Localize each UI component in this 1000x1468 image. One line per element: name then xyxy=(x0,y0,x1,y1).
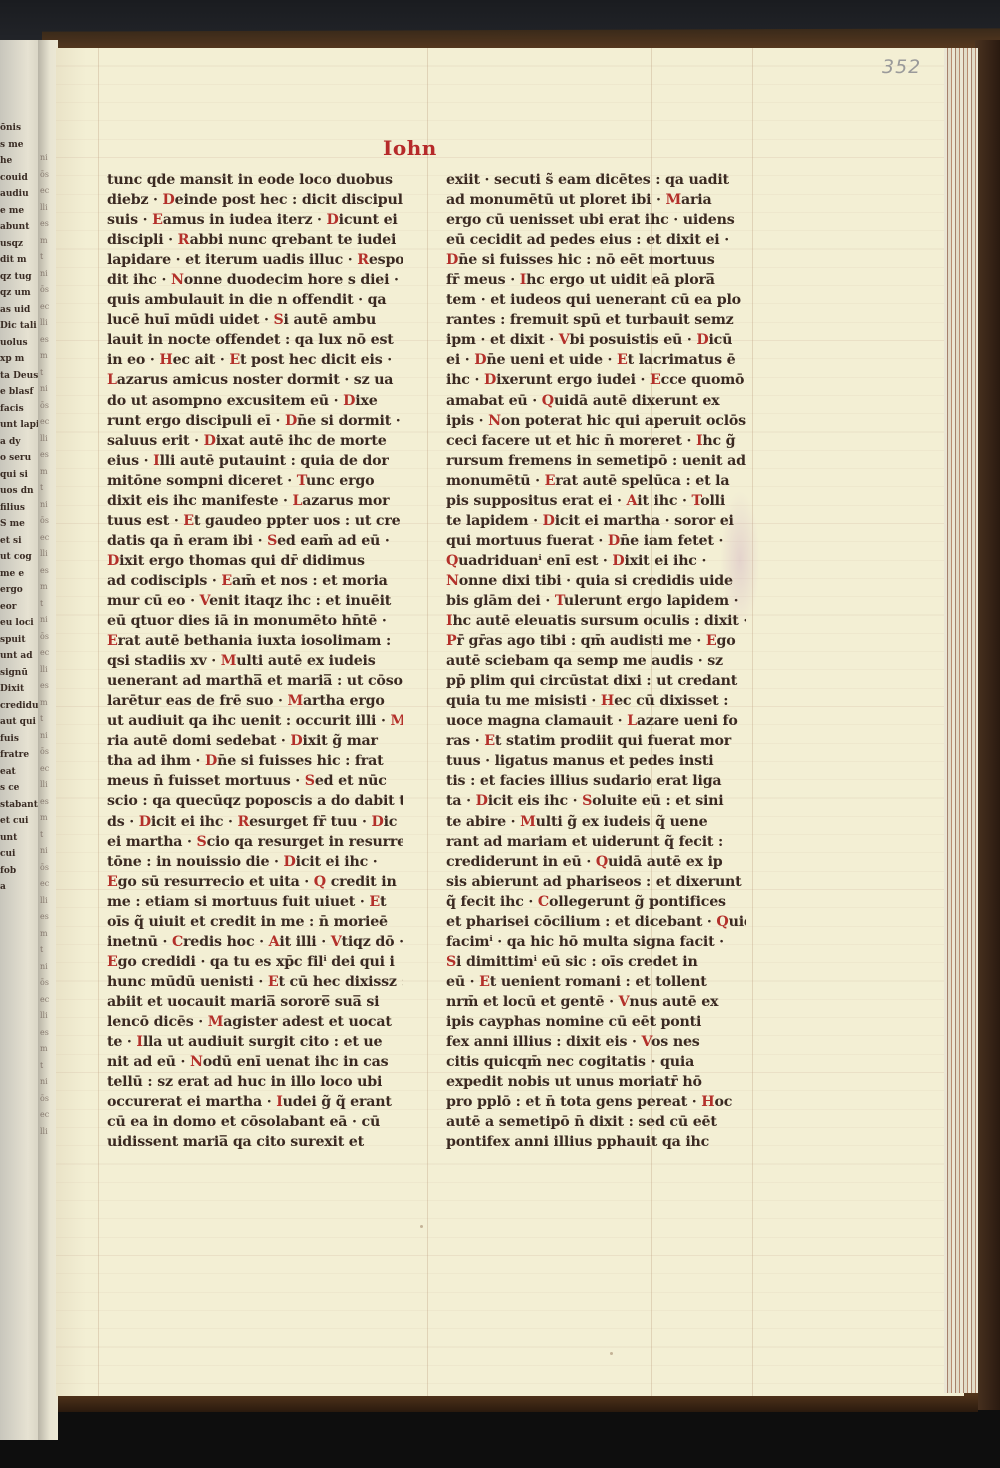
text-line: s me xyxy=(0,137,40,154)
rubricated-initial: M xyxy=(666,192,682,208)
text-column-left: tunc qde mansit in eode loco duobusdiebz… xyxy=(107,170,403,1152)
rubricated-initial: V xyxy=(619,994,630,1010)
gutter-mark: lli xyxy=(40,200,54,217)
rubricated-initial: I xyxy=(276,1094,282,1110)
text-line: ei martha · Scio qa resurget in resurrec xyxy=(107,832,403,852)
text-line: autē a semetipō n̄ dixit : sed cū eēt xyxy=(446,1112,746,1132)
text-line: Quadriduanⁱ enī est · Dixit ei ihc · xyxy=(446,551,746,571)
rubricated-initial: M xyxy=(390,713,403,729)
gutter-mark: es xyxy=(40,909,54,926)
rubricated-initial: L xyxy=(107,372,117,388)
text-line: Dic tali xyxy=(0,318,40,335)
text-line: eat xyxy=(0,764,40,781)
text-line: q̃ fecit ihc · Collegerunt g̃ pontifices xyxy=(446,892,746,912)
binding-cover-right-edge xyxy=(975,40,1000,1410)
text-line: rant ad mariam et uiderunt q̃ fecit : xyxy=(446,832,746,852)
gutter-mark: ec xyxy=(40,761,54,778)
text-line: Si dimittimⁱ eū sic : oīs credet in xyxy=(446,952,746,972)
text-line: fex anni illius : dixit eis · Vos nes xyxy=(446,1032,746,1052)
rubricated-initial: S xyxy=(305,773,315,789)
rubricated-initial: M xyxy=(208,1014,224,1030)
text-line: tuus · ligatus manus et pedes insti xyxy=(446,751,746,771)
rubricated-initial: Q xyxy=(314,874,326,890)
text-line: diebz · Deinde post hec : dicit discipul xyxy=(107,190,403,210)
text-line: uoce magna clamauit · Lazare ueni fo xyxy=(446,711,746,731)
rubricated-initial: E xyxy=(650,372,661,388)
text-line: mitōne sompni diceret · Tunc ergo xyxy=(107,471,403,491)
text-line: Nonne dixi tibi · quia si credidis uide xyxy=(446,571,746,591)
text-line: hunc mūdū uenisti · Et cū hec dixissz : xyxy=(107,972,403,992)
gutter-mark: m xyxy=(40,579,54,596)
text-line: xp m xyxy=(0,351,40,368)
text-line: as uid xyxy=(0,302,40,319)
gutter-mark: ōs xyxy=(40,167,54,184)
text-line: bis glām dei · Tulerunt ergo lapidem · xyxy=(446,591,746,611)
gutter-mark: lli xyxy=(40,1124,54,1141)
gutter-mark: lli xyxy=(40,893,54,910)
rubricated-initial: S xyxy=(582,793,592,809)
text-line: ad codiscipls · Eam̄ et nos : et moria xyxy=(107,571,403,591)
text-line: quis ambulauit in die n offendit · qa xyxy=(107,290,403,310)
text-line: et si xyxy=(0,533,40,550)
text-line: nrm̄ et locū et gentē · Vnus autē ex xyxy=(446,992,746,1012)
rubricated-initial: E xyxy=(107,954,118,970)
rubricated-initial: E xyxy=(369,894,380,910)
text-line: filius xyxy=(0,500,40,517)
text-line: qz tug xyxy=(0,269,40,286)
rubricated-initial: A xyxy=(626,493,637,509)
text-line: facis xyxy=(0,401,40,418)
text-line: unt xyxy=(0,830,40,847)
rubricated-initial: D xyxy=(343,393,355,409)
text-line: Lazarus amicus noster dormit · sz ua xyxy=(107,370,403,390)
text-line: me e xyxy=(0,566,40,583)
rubricated-initial: M xyxy=(520,814,536,830)
text-line: S me xyxy=(0,516,40,533)
gutter-mark: ni xyxy=(40,497,54,514)
gutter-mark: t xyxy=(40,827,54,844)
text-line: ta Deus xyxy=(0,368,40,385)
text-line: dit m xyxy=(0,252,40,269)
gutter-mark: t xyxy=(40,711,54,728)
text-line: fob xyxy=(0,863,40,880)
text-line: te · Illa ut audiuit surgit cito : et ue xyxy=(107,1032,403,1052)
gutter-mark: ōs xyxy=(40,513,54,530)
text-line: runt ergo discipuli eī · Dn̄e si dormit … xyxy=(107,411,403,431)
rubricated-initial: S xyxy=(273,312,283,328)
gutter-mark: m xyxy=(40,1041,54,1058)
rubricated-initial: I xyxy=(696,433,702,449)
ruling-line-left-outer xyxy=(98,48,99,1396)
gutter-mark: lli xyxy=(40,315,54,332)
text-column-right: exiit · secuti s̃ eam dicētes : qa uadit… xyxy=(446,170,746,1152)
rubricated-initial: M xyxy=(221,653,237,669)
text-line: abunt xyxy=(0,219,40,236)
text-line: e me xyxy=(0,203,40,220)
gutter-mark: ec xyxy=(40,530,54,547)
rubricated-initial: H xyxy=(701,1094,714,1110)
gutter-mark: ec xyxy=(40,1107,54,1124)
text-line: stabant xyxy=(0,797,40,814)
text-line: ipm · et dixit · Vbi posuistis eū · Dicū xyxy=(446,330,746,350)
text-line: fr̄ meus · Ihc ergo ut uidit eā plora̅ xyxy=(446,270,746,290)
text-line: pontifex anni illius pphauit qa ihc xyxy=(446,1132,746,1152)
text-line: qui si xyxy=(0,467,40,484)
rubricated-initial: E xyxy=(107,874,118,890)
text-line: pp̄ plim qui circūstat dixi : ut credant xyxy=(446,671,746,691)
gutter-mark: lli xyxy=(40,777,54,794)
text-line: usqz xyxy=(0,236,40,253)
rubricated-initial: T xyxy=(692,493,701,509)
gutter-mark: ōs xyxy=(40,975,54,992)
gutter-mark: es xyxy=(40,563,54,580)
rubricated-initial: A xyxy=(269,934,280,950)
rubricated-initial: E xyxy=(617,352,628,368)
rubricated-initial: L xyxy=(293,493,303,509)
text-line: lauit in nocte offendet : qa lux nō est xyxy=(107,330,403,350)
gutter-mark: ni xyxy=(40,381,54,398)
page-fore-edges xyxy=(944,48,978,1393)
text-line: he xyxy=(0,153,40,170)
gutter-mark: ni xyxy=(40,728,54,745)
rubricated-initial: H xyxy=(601,693,614,709)
gutter-mark: t xyxy=(40,942,54,959)
rubricated-initial: D xyxy=(484,372,496,388)
text-line: qui mortuus fuerat · Dn̄e iam fetet · xyxy=(446,531,746,551)
text-line: tha ad ihm · Dn̄e si fuisses hic : frat xyxy=(107,751,403,771)
gutter-mark: t xyxy=(40,365,54,382)
text-line: tis : et facies illius sudario erat liga xyxy=(446,771,746,791)
text-line: saluus erit · Dixat autē ihc de morte xyxy=(107,431,403,451)
text-line: tōne : in nouissio die · Dicit ei ihc · xyxy=(107,852,403,872)
gutter-mark: t xyxy=(40,249,54,266)
rubricated-initial: R xyxy=(237,814,249,830)
rubricated-initial: Q xyxy=(716,914,728,930)
text-line: signū xyxy=(0,665,40,682)
rubricated-initial: D xyxy=(446,252,458,268)
text-line: eū cecidit ad pedes eius : et dixit ei · xyxy=(446,230,746,250)
text-line: Dixit xyxy=(0,681,40,698)
parchment-spot xyxy=(610,1352,613,1355)
text-line: meus n̄ fuisset mortuus · Sed et nūc xyxy=(107,771,403,791)
text-line: ipis · Non poterat hic qui aperuit oclōs xyxy=(446,411,746,431)
parchment-spot xyxy=(420,1225,423,1228)
text-line: discipli · Rabbi nunc qrebant te iudei xyxy=(107,230,403,250)
rubricated-initial: E xyxy=(268,974,279,990)
text-line: lapidare · et iterum uadis illuc · Respo xyxy=(107,250,403,270)
gutter-mark: es xyxy=(40,447,54,464)
rubricated-initial: Q xyxy=(596,854,608,870)
gutter-mark: m xyxy=(40,810,54,827)
rubricated-initial: E xyxy=(152,212,163,228)
text-line: ut cog xyxy=(0,549,40,566)
text-line: ria autē domi sedebat · Dixit g̃ mar xyxy=(107,731,403,751)
rubricated-initial: E xyxy=(221,573,232,589)
ruling-line-column-divider xyxy=(427,48,428,1396)
gutter-mark: lli xyxy=(40,662,54,679)
text-line: ta · Dicit eis ihc · Soluite eū : et sin… xyxy=(446,791,746,811)
text-line: lucē huī mūdi uidet · Si autē ambu xyxy=(107,310,403,330)
rubricated-initial: T xyxy=(555,593,564,609)
gutter-mark: m xyxy=(40,926,54,943)
text-line: fuis xyxy=(0,731,40,748)
text-line: pis suppositus erat ei · Ait ihc · Tolli xyxy=(446,491,746,511)
gutter-mark: ōs xyxy=(40,1091,54,1108)
gutter-mark: es xyxy=(40,794,54,811)
text-line: facimⁱ · qa hic hō multa signa facit · xyxy=(446,932,746,952)
text-line: o seru xyxy=(0,450,40,467)
rubricated-initial: D xyxy=(107,553,119,569)
text-line: s ce xyxy=(0,780,40,797)
gutter-mark: m xyxy=(40,348,54,365)
text-line: pro pplō : et n̄ tota gens pereat · Hoc xyxy=(446,1092,746,1112)
rubricated-initial: E xyxy=(107,633,118,649)
rubricated-initial: D xyxy=(285,413,297,429)
text-line: dixit eis ihc manifeste · Lazarus mor xyxy=(107,491,403,511)
text-line: crediderunt in eū · Quidā autē ex ip xyxy=(446,852,746,872)
rubricated-initial: Q xyxy=(446,553,458,569)
text-line: ceci facere ut et hic n̄ moreret · Ihc g… xyxy=(446,431,746,451)
rubricated-initial: D xyxy=(139,814,151,830)
text-line: ras · Et statim prodiit qui fuerat mor xyxy=(446,731,746,751)
text-line: qz um xyxy=(0,285,40,302)
rubricated-initial: S xyxy=(197,834,207,850)
text-line: uenerant ad martha̅ et maria̅ : ut cōso xyxy=(107,671,403,691)
rubricated-initial: N xyxy=(171,272,184,288)
gutter-mark: t xyxy=(40,1058,54,1075)
text-line: occurerat ei martha · Iudei g̃ q̃ erant xyxy=(107,1092,403,1112)
text-line: amabat eū · Quidā autē dixerunt ex xyxy=(446,391,746,411)
rubricated-initial: D xyxy=(608,533,620,549)
gutter-mark: lli xyxy=(40,546,54,563)
rubricated-initial: I xyxy=(136,1034,142,1050)
gutter-mark: ni xyxy=(40,1074,54,1091)
text-line: autē sciebam qa semp me audis · sz xyxy=(446,651,746,671)
text-line: do ut asompno excusitem eū · Dixe xyxy=(107,391,403,411)
text-line: ōnis xyxy=(0,120,40,137)
text-line: et pharisei cōcilium : et dicebant · Qui… xyxy=(446,912,746,932)
text-line: eū · Et uenient romani : et tollent xyxy=(446,972,746,992)
text-line: cui xyxy=(0,846,40,863)
text-line: uidissent maria̅ qa cito surexit et xyxy=(107,1132,403,1152)
gutter-mark: ec xyxy=(40,876,54,893)
rubricated-initial: D xyxy=(163,192,175,208)
text-line: rursum fremens in semetipō : uenit ad xyxy=(446,451,746,471)
rubricated-initial: E xyxy=(479,974,490,990)
text-line: citis quicqm̄ nec cogitatis · quia xyxy=(446,1052,746,1072)
rubricated-initial: V xyxy=(642,1034,652,1050)
text-line: ei · Dn̄e ueni et uide · Et lacrimatus ē xyxy=(446,350,746,370)
rubricated-initial: P xyxy=(446,633,456,649)
gutter-mark: t xyxy=(40,480,54,497)
text-line: a dy xyxy=(0,434,40,451)
text-line: Dn̄e si fuisses hic : nō eēt mortuus xyxy=(446,250,746,270)
gutter-mark: es xyxy=(40,332,54,349)
gutter-mark: es xyxy=(40,678,54,695)
text-line: uolus xyxy=(0,335,40,352)
rubricated-initial: I xyxy=(520,272,526,288)
text-line: couid xyxy=(0,170,40,187)
text-line: ipis cayphas nomine cū eēt ponti xyxy=(446,1012,746,1032)
text-line: sis abierunt ad phariseos : et dixerunt … xyxy=(446,872,746,892)
gutter-mark: m xyxy=(40,233,54,250)
rubricated-initial: D xyxy=(696,332,708,348)
text-line: me : etiam si mortuus fuit uiuet · Et xyxy=(107,892,403,912)
ruling-line-right xyxy=(752,48,753,1396)
text-line: audiu xyxy=(0,186,40,203)
gutter-marks: niōseclliesmtniōseclliesmtniōseclliesmtn… xyxy=(40,150,54,1140)
text-line: ergo xyxy=(0,582,40,599)
text-line: tem · et iudeos qui uenerant cū ea plo xyxy=(446,290,746,310)
text-line: a xyxy=(0,879,40,896)
text-line: Erat autē bethania iuxta iosolimam : xyxy=(107,631,403,651)
rubricated-initial: C xyxy=(538,894,549,910)
gutter-mark: ni xyxy=(40,959,54,976)
rubricated-initial: V xyxy=(559,332,570,348)
rubricated-initial: I xyxy=(153,453,159,469)
rubricated-initial: D xyxy=(205,753,217,769)
rubricated-initial: V xyxy=(200,593,210,609)
text-line: e blasf xyxy=(0,384,40,401)
rubricated-initial: S xyxy=(446,954,456,970)
text-line: datis qa n̄ eram ibi · Sed eam̄ ad eū · xyxy=(107,531,403,551)
rubricated-initial: E xyxy=(484,733,495,749)
gutter-mark: ec xyxy=(40,992,54,1009)
gutter-mark: ec xyxy=(40,645,54,662)
text-line: eu loci xyxy=(0,615,40,632)
rubricated-initial: D xyxy=(327,212,339,228)
text-line: rantes : fremuit spū et turbauit semz xyxy=(446,310,746,330)
gutter-mark: es xyxy=(40,1025,54,1042)
text-line: in eo · Hec ait · Et post hec dicit eis … xyxy=(107,350,403,370)
text-line: fratre xyxy=(0,747,40,764)
gutter-mark: ni xyxy=(40,612,54,629)
text-line: larētur eas de frē suo · Martha ergo xyxy=(107,691,403,711)
rubricated-initial: L xyxy=(627,713,637,729)
text-line: qsi stadiis xv · Multi autē ex iudeis xyxy=(107,651,403,671)
text-line: eū qtuor dies iā in monumēto hn̄tē · xyxy=(107,611,403,631)
text-line: unt ad xyxy=(0,648,40,665)
gutter-mark: ōs xyxy=(40,282,54,299)
rubricated-initial: V xyxy=(331,934,342,950)
gutter-mark: ōs xyxy=(40,629,54,646)
facing-page-text: ōniss mehecouidaudiue meabuntusqzdit mqz… xyxy=(0,120,40,896)
text-line: tellū : sz erat ad huc in illo loco ubi xyxy=(107,1072,403,1092)
rubricated-initial: E xyxy=(183,513,194,529)
gutter-mark: ec xyxy=(40,299,54,316)
text-line: uos dn xyxy=(0,483,40,500)
rubricated-initial: E xyxy=(545,473,556,489)
text-line: aut qui xyxy=(0,714,40,731)
text-line: mur cū eo · Venit itaqz ihc : et inuēit xyxy=(107,591,403,611)
gutter-mark: ni xyxy=(40,843,54,860)
text-line: scio : qa quecūqz poposcis a do dabit t xyxy=(107,791,403,811)
text-line: tuus est · Et gaudeo ppter uos : ut cre xyxy=(107,511,403,531)
rubricated-initial: D xyxy=(371,814,383,830)
text-line: Ego credidi · qa tu es xp̄c filⁱ dei qui… xyxy=(107,952,403,972)
text-line: te abire · Multi g̃ ex iudeis q̃ uene xyxy=(446,812,746,832)
text-line: eius · Illi autē putauint : quia de dor xyxy=(107,451,403,471)
text-line: ergo cū uenisset ubi erat ihc · uidens xyxy=(446,210,746,230)
text-line: abiit et uocauit maria̅ sorore̅ sua̅ si xyxy=(107,992,403,1012)
rubricated-initial: D xyxy=(543,513,555,529)
gutter-mark: ni xyxy=(40,266,54,283)
text-line: cū ea in domo et cōsolabant eā · cū xyxy=(107,1112,403,1132)
text-line: oīs q̃ uiuit et credit in me : n̄ morieē xyxy=(107,912,403,932)
text-line: expedit nobis ut unus moriatr̄ hō xyxy=(446,1072,746,1092)
gutter-mark: ōs xyxy=(40,744,54,761)
text-line: Ego sū resurrecio et uita · Q credit in xyxy=(107,872,403,892)
gutter-mark: ōs xyxy=(40,398,54,415)
rubricated-initial: R xyxy=(357,252,369,268)
rubricated-initial: D xyxy=(612,553,624,569)
gutter-mark: lli xyxy=(40,1008,54,1025)
rubricated-initial: R xyxy=(178,232,190,248)
text-line: unt lapi xyxy=(0,417,40,434)
gutter-mark: ōs xyxy=(40,860,54,877)
text-line: exiit · secuti s̃ eam dicētes : qa uadit xyxy=(446,170,746,190)
gutter-mark: es xyxy=(40,216,54,233)
text-line: et cui xyxy=(0,813,40,830)
text-line: dit ihc · Nonne duodecim hore s diei · S… xyxy=(107,270,403,290)
rubricated-initial: Q xyxy=(542,393,554,409)
gutter-mark: m xyxy=(40,695,54,712)
text-line: Pr̄ gr̄as ago tibi : qm̄ audisti me · Eg… xyxy=(446,631,746,651)
rubricated-initial: S xyxy=(267,533,277,549)
text-line: ad monumētū ut ploret ibi · Maria xyxy=(446,190,746,210)
text-line: ihc · Dixerunt ergo iudei · Ecce quomō xyxy=(446,370,746,390)
text-line: te lapidem · Dicit ei martha · soror ei xyxy=(446,511,746,531)
rubricated-initial: E xyxy=(706,633,717,649)
folio-number: 352 xyxy=(882,56,921,78)
rubricated-initial: D xyxy=(474,352,486,368)
text-line: monumētū · Erat autē spelūca : et la xyxy=(446,471,746,491)
rubricated-initial: D xyxy=(204,433,216,449)
rubricated-initial: H xyxy=(159,352,172,368)
text-line: suis · Eamus in iudea iterz · Dicunt ei xyxy=(107,210,403,230)
running-head: Iohn xyxy=(383,136,437,160)
text-line: eor xyxy=(0,599,40,616)
rubricated-initial: N xyxy=(488,413,501,429)
rubricated-initial: I xyxy=(446,613,452,629)
rubricated-initial: M xyxy=(288,693,304,709)
text-line: tunc qde mansit in eode loco duobus xyxy=(107,170,403,190)
gutter-mark: t xyxy=(40,596,54,613)
text-line: spuit xyxy=(0,632,40,649)
gutter-mark: m xyxy=(40,464,54,481)
text-line: credidunt xyxy=(0,698,40,715)
text-line: inetnū · Credis hoc · Ait illi · Vtiqz d… xyxy=(107,932,403,952)
rubricated-initial: N xyxy=(190,1054,203,1070)
text-line: ut audiuit qa ihc uenit : occurit illi ·… xyxy=(107,711,403,731)
rubricated-initial: E xyxy=(229,352,240,368)
rubricated-initial: D xyxy=(284,854,296,870)
rubricated-initial: C xyxy=(172,934,183,950)
gutter-mark: lli xyxy=(40,431,54,448)
rubricated-initial: D xyxy=(476,793,488,809)
gutter-mark: ec xyxy=(40,414,54,431)
rubricated-initial: T xyxy=(297,473,306,489)
gutter-mark: ni xyxy=(40,150,54,167)
text-line: nit ad eū · Nodū enī uenat ihc in cas xyxy=(107,1052,403,1072)
text-line: ds · Dicit ei ihc · Resurget fr̄ tuu · D… xyxy=(107,812,403,832)
text-line: lencō dicēs · Magister adest et uocat xyxy=(107,1012,403,1032)
rubricated-initial: N xyxy=(446,573,459,589)
text-line: Dixit ergo thomas qui dr̄ didimus xyxy=(107,551,403,571)
text-line: quia tu me misisti · Hec cū dixisset : xyxy=(446,691,746,711)
facing-page-strip: ōniss mehecouidaudiue meabuntusqzdit mqz… xyxy=(0,40,40,1440)
gutter-mark: ec xyxy=(40,183,54,200)
